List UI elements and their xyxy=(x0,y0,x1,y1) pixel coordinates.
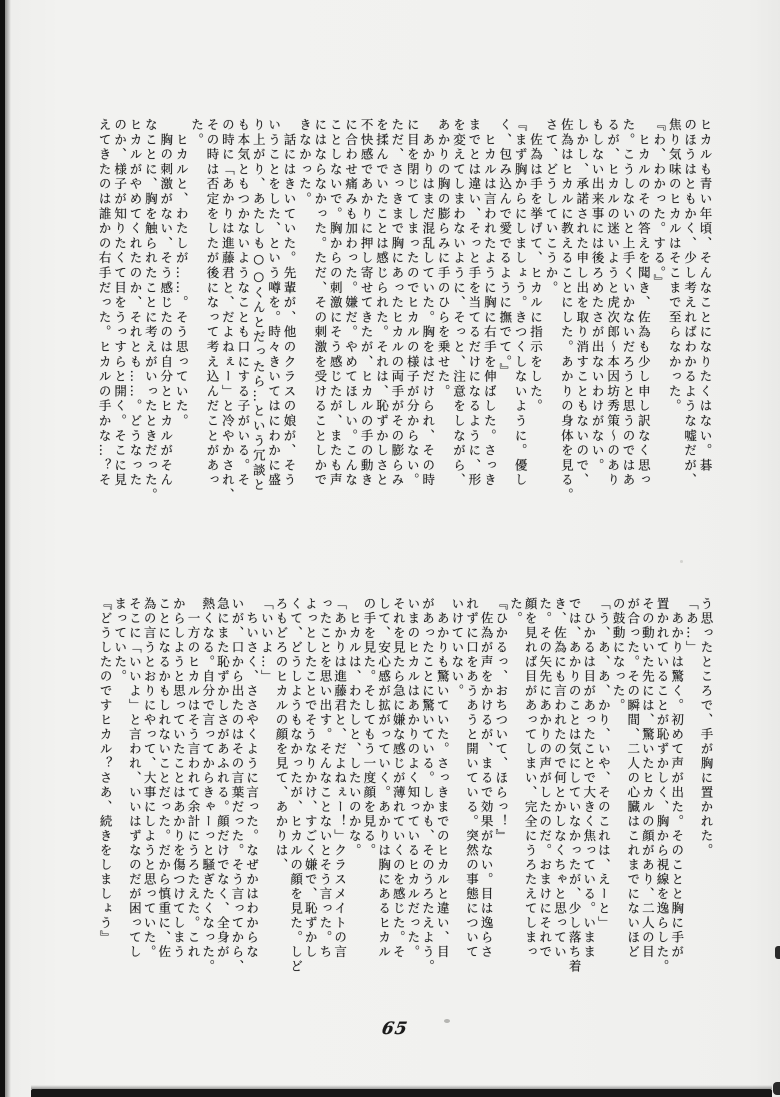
text-column: その時は否定をしたが後になって考え込んだことがあっ xyxy=(205,118,220,515)
text-column: 一方のヒカルはそう言われて余計にうろたえた。これ xyxy=(185,597,200,979)
binding-edge-shadow xyxy=(5,0,11,1097)
text-column: ろもどろのヒカルの顔を見て、あかりは、 xyxy=(273,597,288,979)
text-column: して、安心感が拡がっていく。あかりは胸にあるヒカル xyxy=(376,597,391,979)
page-number: 65 xyxy=(380,1019,409,1039)
text-column: の鼓動になった。 xyxy=(610,597,625,979)
text-column: た。こうしないと上手くいかないだろうと思うのではあ xyxy=(621,118,636,515)
text-column: ヒカルと、わたしが……。そう思っていた。 xyxy=(174,118,189,515)
text-column: きなかった。 xyxy=(297,118,312,515)
text-column: るが、ヒカルの迷いようと虎次郎〜本因坊秀策〜のあり xyxy=(605,118,620,515)
text-column: では、あかりのことは気にしていなかったが、少し落ち着 xyxy=(566,597,581,979)
text-column: た。 xyxy=(189,118,204,515)
text-column: り上がり、あたしも○○くんとだったら…という冗談と xyxy=(251,118,266,515)
text-column: き、佐為にも言われたので何とかしなくちゃと思ってい xyxy=(552,597,567,979)
scan-artifact xyxy=(775,946,780,959)
text-column: 『わ、わかった。する。』 xyxy=(651,118,666,515)
text-column: までとは違い、そっと手を当てるだけになるように、形 xyxy=(467,118,482,515)
text-column: 「う、あ、あ、かり、いや、そのこれは、えーと」 xyxy=(596,597,611,979)
text-column: ったことを思い出す。そんなことないとそう言った。ち xyxy=(317,597,332,979)
page-bottom-edge xyxy=(31,1089,772,1097)
text-column: 「あ…」 xyxy=(684,597,699,979)
text-column: う思ったところで、手が胸に置かれた。 xyxy=(698,597,713,979)
text-column: もしない出来事には後ろめたさが出ないわけがない。 xyxy=(590,118,605,515)
text-block-bottom: う思ったところで、手が胸に置かれた。「あ…」 あかりは驚く。初めて声が出た。その… xyxy=(97,597,713,979)
text-column: さて、どうしていこうか。 xyxy=(544,118,559,515)
text-column: ひかるは目があったことで大きく焦っている。いまま xyxy=(581,597,596,979)
text-column: ヒカルがやめてくれたのか、それとも……。どうなった xyxy=(128,118,143,515)
text-column: ちいさく、ささやくように言った。なぜかはわからな xyxy=(244,597,259,979)
text-column: 置かれていることが恥ずかしく、胸から視線を逸らした。 xyxy=(654,597,669,979)
text-column: があったことに驚いている。しかも、そのうろたえよう。 xyxy=(420,597,435,979)
text-column: 熱くなる。自分で言ってからきゃーっと騒ぎたくなった。 xyxy=(200,597,215,979)
page-paper: ヒカルも青い年頃、そんなことになりたくはない。碁のほうはともかく、少し考えればわ… xyxy=(0,0,780,1097)
text-column: れずに口をあうあうと開いている。突然の事態について xyxy=(464,597,479,979)
text-column: を変えてしまわないように、そっと、注意をしながら、 xyxy=(451,118,466,515)
text-column: ことしないで。胸からの刺激にそう感じたが、またも声 xyxy=(328,118,343,515)
text-column: 『ひかるっ、おちついて、ほらっ！』 xyxy=(493,597,508,979)
text-column: それを見たら急に嫌な感じが薄れていくのを感じた。そ xyxy=(391,597,406,979)
text-column: に目を閉じてしまったのでヒカルの様子が分からない。 xyxy=(405,118,420,515)
text-column: ことになるかもしれないことだった。だから慎重に、佐 xyxy=(156,597,171,979)
text-column: 佐為は手を挙げて、ヒカルに指示をした。 xyxy=(528,118,543,515)
scanned-book-page: { "page": { "number": "65", "paper_color… xyxy=(0,0,780,1097)
text-column: ヒカルは、わたしと、したいのかな。 xyxy=(347,597,362,979)
page-bottom-edge-shadow xyxy=(31,1085,772,1089)
text-column: 顔を見れば目があってしまい、完全にうろたえてしまっ xyxy=(522,597,537,979)
text-column: 為の言うとおりにやって、大事にしようと思っていた。 xyxy=(141,597,156,979)
text-column: ヒカルのその答えを聞き、佐為も少し申し訳なく思っ xyxy=(636,118,651,515)
text-column: 焦り気味のヒカルはそこまで至らなかった。 xyxy=(667,118,682,515)
text-column: の時に「あかりは進藤君と、だよねぇー」と冷やかされ、 xyxy=(220,118,235,515)
text-column: の手を見た。そしてもう一度顔を見る。 xyxy=(361,597,376,979)
text-column: 不快感であかりに押し寄せてきたが、ヒカルの手の動き xyxy=(359,118,374,515)
scan-artifact xyxy=(773,1082,780,1095)
text-column: あかりはまだ混乱していた。胸をはだけられ、その時 xyxy=(420,118,435,515)
text-column: 胸の刺激がない、そう感じたのは自分とヒカルがそん xyxy=(158,118,173,515)
text-column: なことに、胸を触られたことに考えがいったときだった。 xyxy=(143,118,158,515)
text-column: 佐為が声をかけるが、まるで効果がない。目は逸らさ xyxy=(479,597,494,979)
text-column: た。その矢先にあかりの声がしたのだ。おまけにそれで xyxy=(537,597,552,979)
text-column: 急にまた恥ずかしさがあふれる。顔だけでなく、全身が xyxy=(215,597,230,979)
text-column: た。 xyxy=(508,597,523,979)
text-column: ヒカルは言われたように胸に右手を伸ばした。さっき xyxy=(482,118,497,515)
text-column: えてきたのは誰かの右手だった。ヒカルの手かな…？そ xyxy=(97,118,112,515)
text-column: いまのヒカルはあかりのよく知っているヒカルだった。 xyxy=(405,597,420,979)
text-column: ただ、さっきまで胸にあったヒカルの両手がその膨らみ xyxy=(389,118,404,515)
text-column: ヒカルも青い年頃、そんなことになりたくはない。碁 xyxy=(698,118,713,515)
text-column: そこに「いいよ」と言われ、いいはずなのだが困ってし xyxy=(127,597,142,979)
text-column: 「あかりは進藤君と、だよねぇー！」クラスメイトの言 xyxy=(332,597,347,979)
scan-speck xyxy=(228,291,231,294)
text-column: くて、どうしようもなかったが、ヒカルの顔を見た。しど xyxy=(288,597,303,979)
text-column: あかりも驚いていた。さっきまでのヒカルと違い、目 xyxy=(435,597,450,979)
scan-speck xyxy=(444,1019,450,1023)
text-column: いが、口から出たのはその言葉だった。そう言ってから、 xyxy=(229,597,244,979)
text-column: に合わせ痛みも加わった。嫌だ。やめてほしい。こんな xyxy=(343,118,358,515)
text-column: 『どうしたのですヒカル？さあ、続きをしましょう』 xyxy=(97,597,112,979)
text-column: を揉んでいたことは感じられた。それは、恥ずかしさと xyxy=(374,118,389,515)
scan-speck xyxy=(680,560,683,563)
text-column: のか、様子が知りたくて目をうっすらと開く。そこに見 xyxy=(112,118,127,515)
text-column: しかし、承諾された申し出を取り消すこともないので、 xyxy=(574,118,589,515)
text-column: いうことをした、という噂を。時々きいてはにわかに盛 xyxy=(266,118,281,515)
text-column: あかりは驚く。初めて声が出た。そのことと胸に手が xyxy=(669,597,684,979)
text-column: が合った。その瞬間、二人の心臓はこれまでにないほど xyxy=(625,597,640,979)
text-column: まっていた。 xyxy=(112,597,127,979)
text-column: からしようと思っていたことはあかりを傷つけてしまう xyxy=(171,597,186,979)
text-column: のほうはともかく、少し考えればわかるような嘘だが、 xyxy=(682,118,697,515)
text-column: 『まず胸からにしましょう。きつくしないように。優し xyxy=(513,118,528,515)
text-column: その動いた先には、驚いたヒカルの顔があり、二人の目 xyxy=(640,597,655,979)
text-column: 話にはきいていた。先輩が、他のクラスの娘が、そう xyxy=(282,118,297,515)
text-column: よっとしたことでそうなりかけ、すごく嫌で、恥ずかし xyxy=(303,597,318,979)
text-block-top: ヒカルも青い年頃、そんなことになりたくはない。碁のほうはともかく、少し考えればわ… xyxy=(97,118,713,515)
text-column: いけていない。 xyxy=(449,597,464,979)
text-column: く、包み込んで愛でるように撫でて。』 xyxy=(497,118,512,515)
text-column: にはならなかった。ただ、その刺激を受けることしかで xyxy=(312,118,327,515)
text-column: 「いいよ…」 xyxy=(259,597,274,979)
text-column: も本気ともつかないようなことも口にする子がいる。そ xyxy=(235,118,250,515)
text-column: あかりの胸の膨らみに手のひらを乗せた。 xyxy=(436,118,451,515)
text-column: 佐為はヒカルに教えることにした。あかりの身体を見る。 xyxy=(559,118,574,515)
